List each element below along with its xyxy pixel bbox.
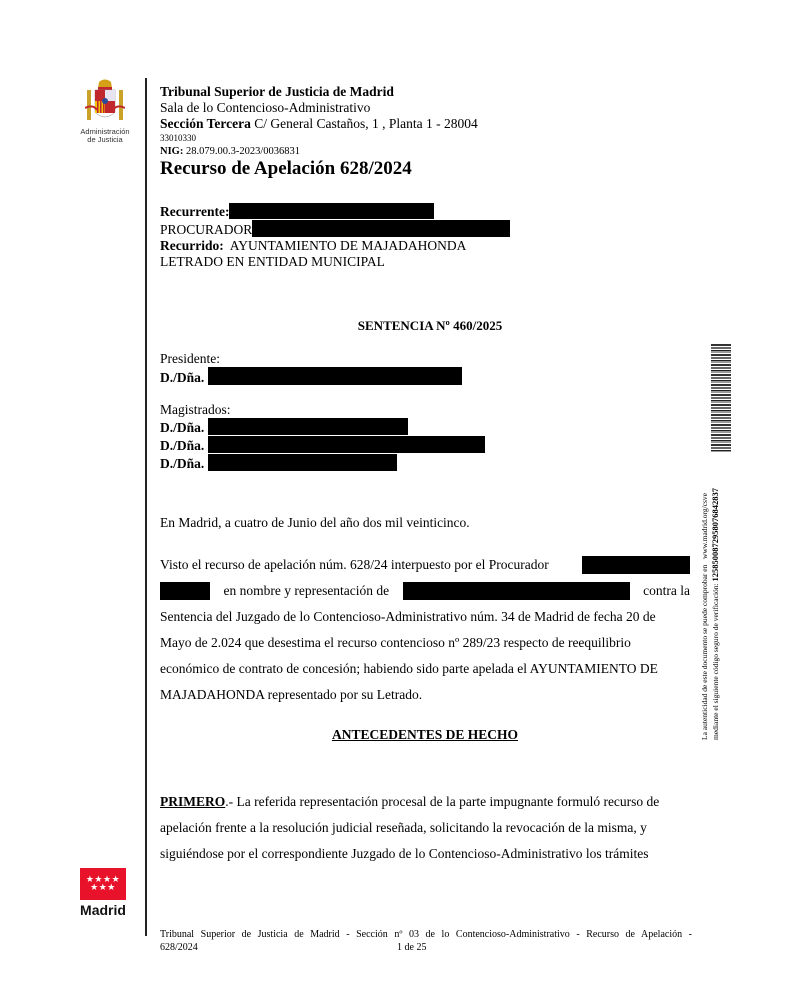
section-name: Sección Tercera [160, 116, 251, 131]
madrid-flag-icon: ★★★★ ★★★ [80, 868, 126, 900]
verification-text: La autenticidad de este documento se pue… [700, 340, 721, 740]
footer-line-2: 628/2024 1 de 25 [160, 941, 692, 954]
verification-prefix: mediante el siguiente código seguro de v… [711, 582, 720, 741]
magistrates-label: Magistrados: [160, 402, 485, 418]
text-span: siguiéndose por el correspondiente Juzga… [160, 841, 649, 867]
verification-line-2: mediante el siguiente código seguro de v… [710, 340, 721, 740]
respondent-counsel: LETRADO EN ENTIDAD MUNICIPAL [160, 254, 510, 270]
text-span: apelación frente a la resolución judicia… [160, 815, 647, 841]
appellant-label: Recurrente: [160, 204, 229, 219]
honorific: D./Dña. [160, 438, 204, 453]
magistrate-line: D./Dña. [160, 418, 485, 436]
redacted-procurador-name-cont [160, 582, 210, 600]
justicia-caption-2: de Justicia [77, 136, 133, 144]
procurador-line: PROCURADOR [160, 220, 510, 238]
page-number: 1 de 25 [397, 941, 426, 954]
footer-case-number: 628/2024 [160, 942, 198, 953]
respondent-value: AYUNTAMIENTO DE MAJADAHONDA [224, 238, 467, 253]
address: C/ General Castaños, 1 , Planta 1 - 2800… [251, 116, 478, 131]
coat-of-arms-icon [85, 78, 125, 128]
date-text: En Madrid, a cuatro de Junio del año dos… [160, 515, 470, 530]
text-span: MAJADAHONDA representado por su Letrado. [160, 682, 422, 708]
honorific: D./Dña. [160, 370, 204, 385]
sentence-number: SENTENCIA Nº 460/2025 [358, 318, 502, 333]
text-line: MAJADAHONDA representado por su Letrado. [160, 682, 690, 708]
redacted-magistrate-3 [208, 454, 397, 471]
honorific: D./Dña. [160, 420, 204, 435]
court-name: Tribunal Superior de Justicia de Madrid [160, 84, 478, 100]
text-span: PRIMERO.- La referida representación pro… [160, 789, 659, 815]
document-header: Tribunal Superior de Justicia de Madrid … [160, 84, 478, 180]
president-line: D./Dña. [160, 367, 485, 386]
text-line: en nombre y representación decontra la [160, 578, 690, 604]
judges-block: Presidente: D./Dña. Magistrados: D./Dña.… [160, 351, 485, 472]
nig-value: 28.079.00.3-2023/0036831 [183, 146, 300, 157]
date-line: En Madrid, a cuatro de Junio del año dos… [160, 510, 690, 536]
redacted-magistrate-2 [208, 436, 485, 453]
text-line: apelación frente a la resolución judicia… [160, 815, 690, 841]
footer-line-1: Tribunal Superior de Justicia de Madrid … [160, 928, 692, 941]
respondent-line: Recurrido: AYUNTAMIENTO DE MAJADAHONDA [160, 238, 510, 254]
sentence-title: SENTENCIA Nº 460/2025 [0, 318, 700, 334]
justicia-logo: Administración de Justicia [77, 78, 133, 144]
verification-line-1: La autenticidad de este documento se pue… [700, 340, 710, 740]
text-span: Visto el recurso de apelación núm. 628/2… [160, 552, 549, 578]
primero-label: PRIMERO [160, 794, 225, 809]
comunidad-madrid-logo: ★★★★ ★★★ Madrid [79, 868, 127, 918]
respondent-label: Recurrido: [160, 238, 224, 253]
case-title: Recurso de Apelación 628/2024 [160, 158, 478, 180]
paragraph-primero: PRIMERO.- La referida representación pro… [160, 789, 690, 867]
text-span: .- La referida representación procesal d… [225, 794, 659, 809]
section-heading: ANTECEDENTES DE HECHO [160, 727, 690, 743]
president-label: Presidente: [160, 351, 485, 367]
text-line: PRIMERO.- La referida representación pro… [160, 789, 690, 815]
redacted-appellant [229, 203, 434, 219]
redacted-procurador [252, 220, 510, 237]
parties-block: Recurrente: PROCURADOR Recurrido: AYUNTA… [160, 203, 510, 270]
honorific: D./Dña. [160, 456, 204, 471]
section-address: Sección Tercera C/ General Castaños, 1 ,… [160, 116, 478, 132]
text-span: en nombre y representación de [223, 578, 389, 604]
court-code: 33010330 [160, 132, 478, 145]
verification-code: 1258500872958076842837 [710, 488, 720, 582]
redacted-procurador-name [582, 556, 690, 574]
chamber-name: Sala de lo Contencioso-Administrativo [160, 100, 478, 116]
text-line: Visto el recurso de apelación núm. 628/2… [160, 552, 690, 578]
magistrate-line: D./Dña. [160, 436, 485, 454]
procurador-label: PROCURADOR [160, 222, 252, 237]
page-footer: Tribunal Superior de Justicia de Madrid … [160, 928, 692, 954]
text-span: Sentencia del Juzgado de lo Contencioso-… [160, 604, 656, 630]
text-line: Sentencia del Juzgado de lo Contencioso-… [160, 604, 690, 630]
redacted-magistrate-1 [208, 418, 408, 435]
text-span: Mayo de 2.024 que desestima el recurso c… [160, 630, 631, 656]
appellant-line: Recurrente: [160, 203, 510, 220]
left-margin-rule [145, 78, 147, 936]
magistrate-line: D./Dña. [160, 454, 485, 472]
text-line: Mayo de 2.024 que desestima el recurso c… [160, 630, 690, 656]
paragraph-visto: Visto el recurso de apelación núm. 628/2… [160, 552, 690, 708]
madrid-wordmark: Madrid [79, 902, 127, 918]
nig-line: NIG: 28.079.00.3-2023/0036831 [160, 145, 478, 158]
text-span: contra la [643, 578, 690, 604]
text-span: económico de contrato de concesión; habi… [160, 656, 658, 682]
nig-label: NIG: [160, 146, 183, 157]
stars-icon: ★★★ [90, 884, 116, 892]
text-line: económico de contrato de concesión; habi… [160, 656, 690, 682]
redacted-appellant-name [403, 582, 630, 600]
redacted-president [208, 367, 462, 385]
text-line: siguiéndose por el correspondiente Juzga… [160, 841, 690, 867]
